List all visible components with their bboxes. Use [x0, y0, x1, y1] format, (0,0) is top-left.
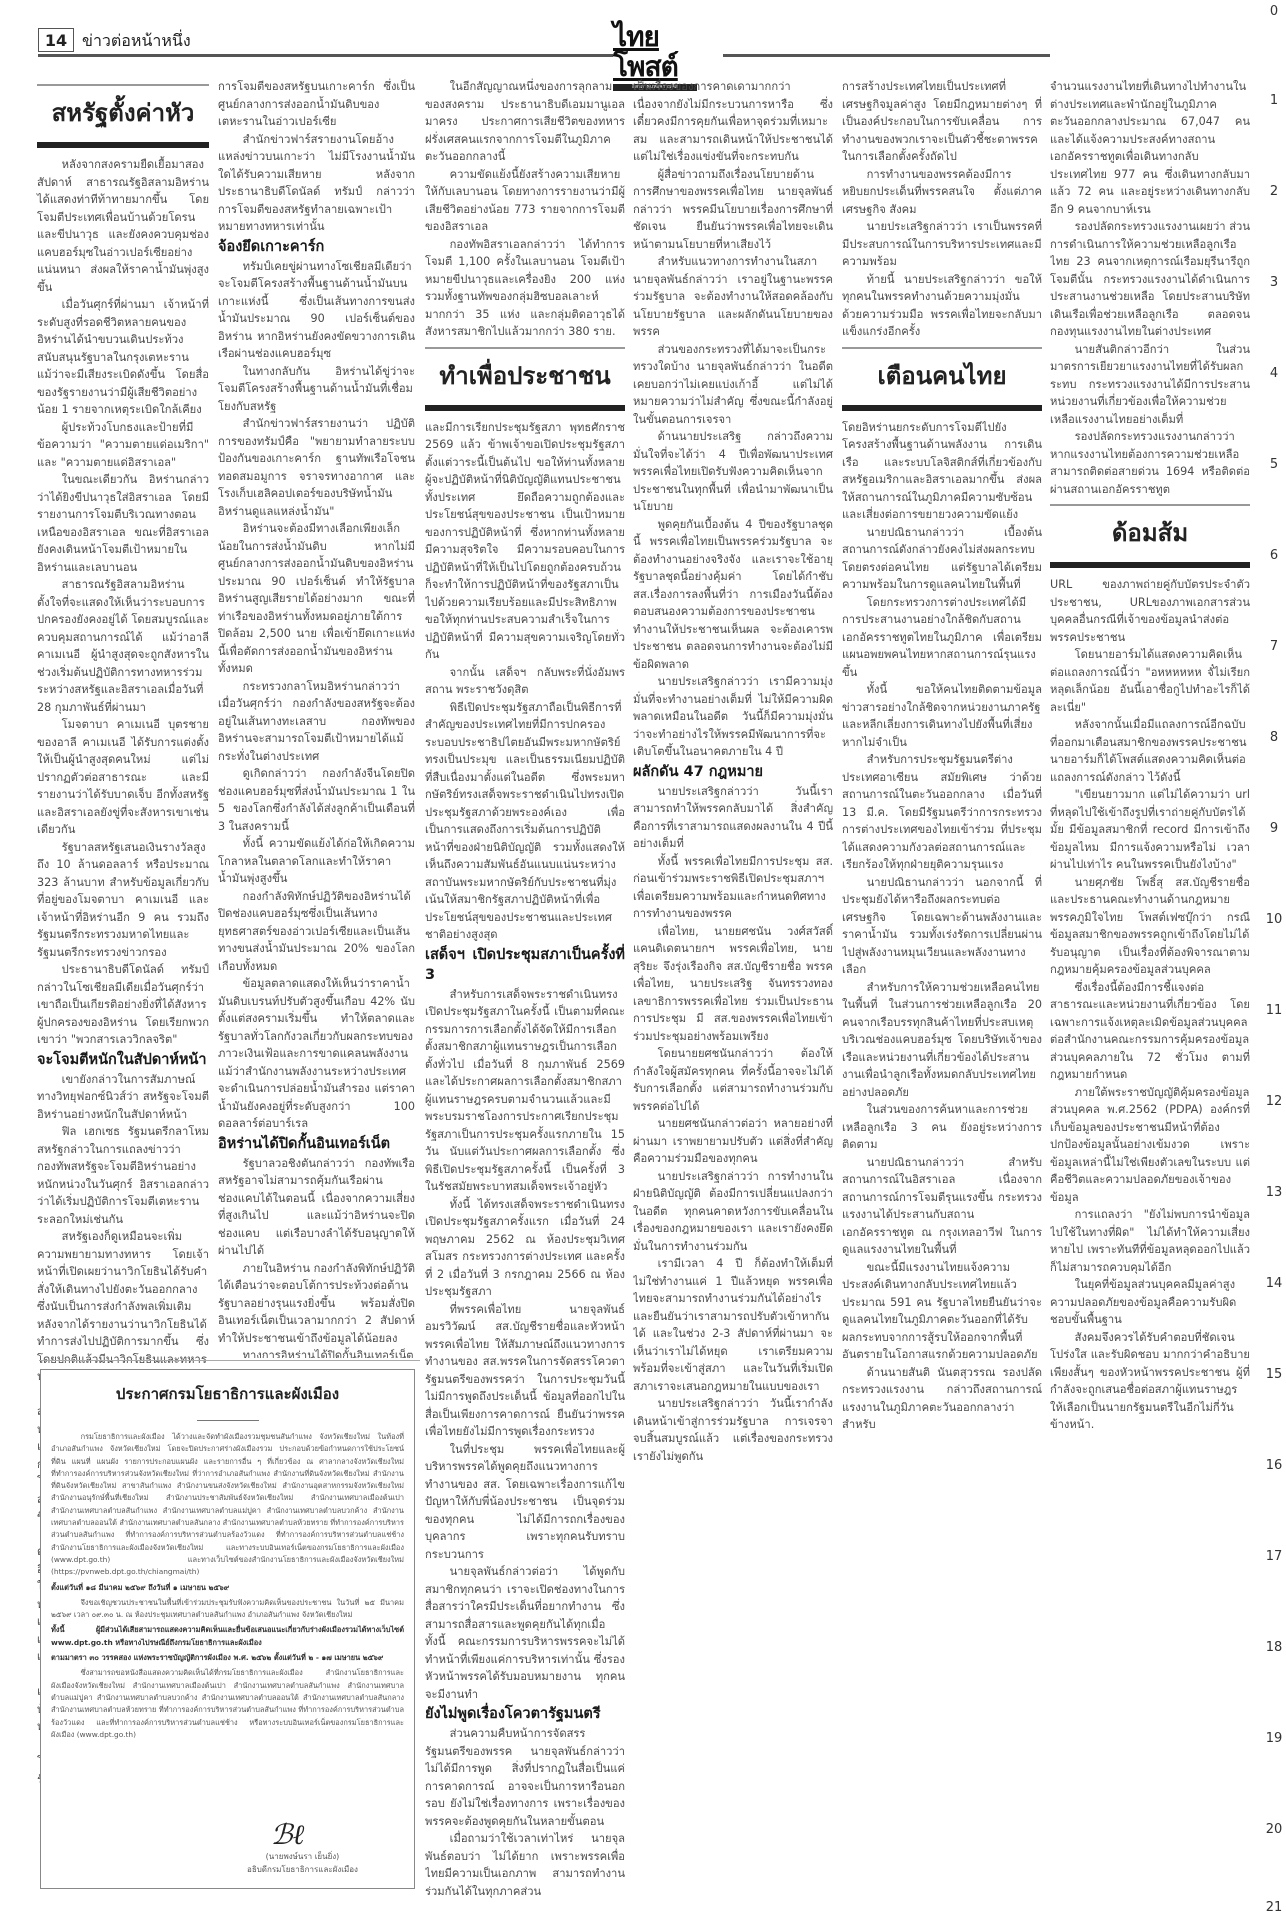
paragraph: นายประเสริฐกล่าวว่า วันนี้เราสามารถทำให้…: [633, 783, 833, 853]
paragraph: นายประเสริฐกล่าวว่า วันนี้เรากำลังเดินหน…: [633, 1395, 833, 1465]
divider: [425, 347, 625, 349]
paragraph: ซึ่งเรื่องนี้ต้องมีการชี้แจงต่อสาธารณะแล…: [1050, 979, 1250, 1084]
paragraph: เป็นเรื่องของการคาดเดามากกว่า เนื่องจากย…: [633, 78, 833, 166]
thaipost-logo: ไทยโพสต์ อิสรภาพแห่งความคิด: [613, 22, 723, 72]
paragraph: กองกำลังพิทักษ์ปฏิวัติของอิหร่านได้ปิดช่…: [218, 888, 415, 976]
line-number: 16: [1262, 1458, 1286, 1473]
paragraph: ทั้งนี้ พรรคเพื่อไทยมีการประชุม สส. ก่อน…: [633, 853, 833, 923]
paragraph: สำหรับการเสด็จพระราชดำเนินทรงเปิดประชุมร…: [425, 986, 625, 1196]
headline-us-bounty: สหรัฐตั้งค่าหัว: [37, 98, 209, 128]
line-number: 14: [1262, 1276, 1286, 1291]
paragraph: ในขณะเดียวกัน อิหร่านกล่าวว่าได้ยิงขีปนา…: [37, 471, 209, 576]
subhead-internet-blocked: อิหร่านได้ปิดกั้นอินเทอร์เน็ต: [218, 1134, 415, 1154]
divider: [37, 84, 209, 86]
line-number: 6: [1262, 548, 1286, 563]
divider: [425, 405, 625, 411]
line-number: 5: [1262, 457, 1286, 472]
paragraph: สำหรับแนวทางการทำงานในสภา นายจุลพันธ์กล่…: [633, 253, 833, 341]
paragraph: นายประเสริฐกล่าวว่า การทำงานในฝ่ายนิติบั…: [633, 1168, 833, 1256]
line-number: 21: [1262, 1900, 1286, 1915]
paragraph: ฟิล เฮกเซธ รัฐมนตรีกลาโหมสหรัฐกล่าวในการ…: [37, 1123, 209, 1228]
paragraph: รัฐบาลวอชิงตันกล่าวว่า กองทัพเรือสหรัฐอา…: [218, 1155, 415, 1260]
paragraph: การแถลงว่า "ยังไม่พบการนำข้อมูลไปใช้ในทา…: [1050, 1206, 1250, 1276]
line-number: 7: [1262, 639, 1286, 654]
line-number: 4: [1262, 366, 1286, 381]
notice-paragraph: กรมโยธาธิการและผังเมือง ได้วางและจัดทำผั…: [51, 1431, 404, 1579]
paragraph: นายประเสริฐกล่าวว่า เราเป็นพรรคที่มีประส…: [842, 218, 1042, 271]
subhead-third-opening: เสด็จฯ เปิดประชุมสภาเป็นครั้งที่ 3: [425, 945, 625, 985]
paragraph: สำหรับการให้ความช่วยเหลือคนไทยในพื้นที่ …: [842, 979, 1042, 1102]
divider: [842, 347, 1042, 349]
headline-for-people: ทำเพื่อประชาชน: [425, 361, 625, 391]
column-2: การโจมตีของสหรัฐบนเกาะคาร์ก ซึ่งเป็นศูนย…: [218, 78, 415, 1358]
paragraph: ที่พรรคเพื่อไทย นายจุลพันธ์ อมรวิวัฒน์ ส…: [425, 1301, 625, 1441]
notice-paragraph: ทั้งนี้ ผู้มีส่วนได้เสียสามารถแสดงความคิ…: [51, 1624, 404, 1649]
headline-box-warn-thai: เตือนคนไทย: [842, 341, 1042, 419]
paragraph: โดยอิหร่านยกระดับการโจมตีไปยังโครงสร้างพ…: [842, 419, 1042, 524]
line-number: 15: [1262, 1367, 1286, 1382]
paragraph: ทรัมป์เคยขู่ผ่านทางโซเชียลมีเดียว่าจะโจม…: [218, 258, 415, 363]
headline-box-for-people: ทำเพื่อประชาชน: [425, 341, 625, 419]
divider: [842, 405, 1042, 411]
paragraph: โมจตาบา คาเมเนอี บุตรชายของอาลี คาเมเนอี…: [37, 716, 209, 839]
paragraph: ดูเกิดกล่าวว่า กองกำลังจีนโดยปิดช่องแคบฮ…: [218, 765, 415, 835]
section-name: ข่าวต่อหน้าหนึ่ง: [82, 29, 191, 54]
divider: [1050, 562, 1250, 568]
line-number: 1: [1262, 93, 1286, 108]
masthead: 14 ข่าวต่อหน้าหนึ่ง: [38, 28, 1050, 62]
paragraph: นายปณิธานกล่าวว่า นอกจากนี้ ที่ประชุมยัง…: [842, 874, 1042, 979]
paragraph: ข้อมูลตลาดแสดงให้เห็นว่าราคาน้ำมันดิบเบร…: [218, 975, 415, 1133]
signer-title: อธิบดีกรมโยธาธิการและผังเมือง: [191, 1863, 414, 1876]
paragraph: การโจมตีของสหรัฐบนเกาะคาร์ก ซึ่งเป็นศูนย…: [218, 78, 415, 131]
notice-legal-reference: ตามมาตรา ๓๐ วรรคสอง แห่งพระราชบัญญัติการ…: [51, 1652, 404, 1664]
paragraph: พิธีเปิดประชุมรัฐสภาถือเป็นพิธีการที่สำค…: [425, 699, 625, 944]
paragraph: ทั้งนี้ ความขัดแย้งได้ก่อให้เกิดความโกลา…: [218, 835, 415, 888]
paragraph: นายจุลพันธ์กล่าวต่อว่า ได้พูดกับสมาชิกทุ…: [425, 1563, 625, 1703]
paragraph: ส่วนของกระทรวงที่ได้มาจะเป็นกระทรวงใดบ้า…: [633, 341, 833, 429]
paragraph: "เขียนยาวมาก แต่ไม่ได้ความว่า url ที่หลุ…: [1050, 786, 1250, 874]
notice-body: กรมโยธาธิการและผังเมือง ได้วางและจัดทำผั…: [41, 1431, 414, 1741]
paragraph: รองปลัดกระทรวงแรงงานกล่าวว่า หากแรงงานไท…: [1050, 428, 1250, 498]
divider: [37, 142, 209, 148]
paragraph: นายประเสริฐกล่าวว่า เรามีความมุ่งมั่นที่…: [633, 673, 833, 761]
headline-orange-fans: ด้อมส้ม: [1050, 518, 1250, 548]
paragraph: รัฐบาลสหรัฐเสนอเงินรางวัลสูงถึง 10 ล้านด…: [37, 839, 209, 962]
notice-title: ประกาศกรมโยธาธิการและผังเมือง: [41, 1382, 414, 1406]
paragraph: นายปณิธานกล่าวว่า เบื้องต้นสถานการณ์ดังก…: [842, 524, 1042, 594]
column-5: การสร้างประเทศไทยเป็นประเทศที่เศรษฐกิจมู…: [842, 78, 1042, 1918]
column-6: จำนวนแรงงานไทยที่เดินทางไปทำงานในต่างประ…: [1050, 78, 1250, 1918]
paragraph: ทางการอิหร่านได้ปิดกั้นอินเทอร์เน็ตนับตั…: [218, 1347, 415, 1358]
paragraph: นายปณิธานกล่าวว่า สำหรับสถานการณ์ในอิสรา…: [842, 1154, 1042, 1259]
paragraph: โดยนายอาร์มได้แสดงความคิดเห็นต่อแถลงการณ…: [1050, 646, 1250, 716]
subhead-kharg-island: จ้องยึดเกาะคาร์ก: [218, 237, 415, 257]
line-number: 0: [1262, 4, 1286, 19]
paragraph: ทั้งนี้ ขอให้คนไทยติดตามข้อมูลข่าวสารอย่…: [842, 681, 1042, 751]
paragraph: สังคมจึงควรได้รับคำตอบที่ชัดเจน โปร่งใส …: [1050, 1329, 1250, 1434]
paragraph: รองปลัดกระทรวงแรงงานเผยว่า ส่วนการดำเนิน…: [1050, 218, 1250, 341]
line-number: 18: [1262, 1640, 1286, 1655]
line-number: 2: [1262, 184, 1286, 199]
headline-box-us-bounty: สหรัฐตั้งค่าหัว: [37, 78, 209, 156]
paragraph: ด้านนายสันติ นันตสุวรรณ รองปลัดกระทรวงแร…: [842, 1364, 1042, 1434]
paragraph: ในส่วนของการค้นหาและการช่วยเหลือลูกเรือ …: [842, 1101, 1042, 1154]
paragraph: ทั้งนี้ ได้ทรงเสด็จพระราชดำเนินทรงเปิดปร…: [425, 1196, 625, 1301]
line-number: 3: [1262, 275, 1286, 290]
line-number: 9: [1262, 821, 1286, 836]
paragraph: จำนวนแรงงานไทยที่เดินทางไปทำงานในต่างประ…: [1050, 78, 1250, 218]
line-number-gutter: 0 1 2 3 4 5 6 7 8 9 10 11 12 13 14 15 16…: [1262, 0, 1286, 1920]
paragraph: สำนักข่าวฟาร์สรายงานโดยอ้างแหล่งข่าวบนเก…: [218, 131, 415, 236]
signer-name: (นายพงษ์นรา เย็นยิ่ง): [191, 1850, 414, 1863]
paragraph: โดยนายยศชนันกล่าวว่า ต้องให้กำลังใจผู้สม…: [633, 1045, 833, 1115]
paragraph: กระทรวงกลาโหมอิหร่านกล่าวว่า เมื่อวันศุก…: [218, 678, 415, 766]
paragraph: กองทัพอิสราเอลกล่าวว่า ได้ทำการโจมตี 1,1…: [425, 236, 625, 341]
paragraph: นายสันติกล่าวอีกว่า ในส่วนมาตรการเยียวยา…: [1050, 341, 1250, 429]
paragraph: และมีการเรียกประชุมรัฐสภา พุทธศักราช 256…: [425, 419, 625, 664]
paragraph: ในอีกสัญญาณหนึ่งของการลุกลามของสงคราม ปร…: [425, 78, 625, 166]
column-4: เป็นเรื่องของการคาดเดามากกว่า เนื่องจากย…: [633, 78, 833, 1918]
subhead-47-laws: ผลักดัน 47 กฎหมาย: [633, 762, 833, 782]
government-notice-ad: ประกาศกรมโยธาธิการและผังเมือง กรมโยธาธิก…: [40, 1369, 415, 1889]
newspaper-page: 14 ข่าวต่อหน้าหนึ่ง ไทยโพสต์ อิสรภาพแห่ง…: [0, 0, 1286, 1920]
line-number: 19: [1262, 1731, 1286, 1746]
paragraph: ด้านนายประเสริฐ กล่าวถึงความมั่นใจที่จะไ…: [633, 428, 833, 516]
paragraph: พูดคุยกันเบื้องต้น 4 ปีของรัฐบาลชุดนี้ พ…: [633, 516, 833, 674]
paragraph: ในยุคที่ข้อมูลส่วนบุคคลมีมูลค่าสูง ความป…: [1050, 1276, 1250, 1329]
subhead-cabinet-quota: ยังไม่พูดเรื่องโควตารัฐมนตรี: [425, 1704, 625, 1724]
paragraph: การทำงานของพรรคต้องมีการหยิบยกประเด็นที่…: [842, 166, 1042, 219]
line-number: 8: [1262, 730, 1286, 745]
paragraph: ความขัดแย้งนี้ยังสร้างความเสียหายให้กับเ…: [425, 166, 625, 236]
notice-paragraph: จึงขอเชิญชวนประชาชนในพื้นที่เข้าร่วมประช…: [51, 1597, 404, 1622]
headline-box-orange-fans: ด้อมส้ม: [1050, 498, 1250, 576]
line-number: 13: [1262, 1185, 1286, 1200]
paragraph: ผู้ประท้วงโบกธงและป้ายที่มีข้อความว่า "ค…: [37, 419, 209, 472]
paragraph: ขณะนี้มีแรงงานไทยแจ้งความประสงค์เดินทางก…: [842, 1259, 1042, 1364]
subhead-weekly-strike: จะโจมตีหนักในสัปดาห์หน้า: [37, 1050, 209, 1070]
paragraph: เรามีเวลา 4 ปี ก็ต้องทำให้เต็มที่ ไม่ใช่…: [633, 1255, 833, 1395]
logo-text: ไทยโพสต์: [613, 22, 723, 82]
paragraph: เขายังกล่าวในการสัมภาษณ์ทางวิทยุฟอกซ์นิว…: [37, 1071, 209, 1124]
paragraph: ภายในอิหร่าน กองกำลังพิทักษ์ปฏิวัติได้เต…: [218, 1260, 415, 1348]
line-number: 10: [1262, 912, 1286, 927]
paragraph: ภายใต้พระราชบัญญัติคุ้มครองข้อมูลส่วนบุค…: [1050, 1084, 1250, 1207]
notice-signature-block: ℬℓ (นายพงษ์นรา เย็นยิ่ง) อธิบดีกรมโยธาธิ…: [41, 1820, 414, 1876]
page-number: 14: [38, 28, 74, 52]
line-number: 12: [1262, 1094, 1286, 1109]
headline-warn-thai: เตือนคนไทย: [842, 361, 1042, 391]
paragraph: นายศุภชัย โพธิ์สุ สส.บัญชีรายชื่อ และประ…: [1050, 874, 1250, 979]
paragraph: หลังจากสงครามยืดเยื้อมาสองสัปดาห์ สาธารณ…: [37, 156, 209, 296]
notice-date-range: ตั้งแต่วันที่ ๑๘ มีนาคม ๒๕๖๙ ถึงวันที่ ๑…: [51, 1582, 404, 1594]
line-number: 17: [1262, 1549, 1286, 1564]
divider: [1050, 504, 1250, 506]
paragraph: เมื่อถามว่าใช้เวลาเท่าไหร่ นายจุลพันธ์ตอ…: [425, 1830, 625, 1900]
paragraph: หลังจากนั้นเมื่อมีแถลงการณ์อีกฉบับที่ออก…: [1050, 716, 1250, 786]
notice-paragraph: ซึ่งสามารถขอหนังสือแสดงความคิดเห็นได้ที่…: [51, 1667, 404, 1741]
paragraph: เพื่อไทย, นายยศชนัน วงศ์สวัสดิ์ แคนดิเดต…: [633, 923, 833, 1046]
paragraph: นายยศชนันกล่าวต่อว่า หลายอย่างที่ผ่านมา …: [633, 1115, 833, 1168]
line-number: 20: [1262, 1822, 1286, 1837]
paragraph: สำนักข่าวฟาร์สรายงานว่า ปฏิบัติการของทรั…: [218, 415, 415, 520]
paragraph: URL ของภาพถ่ายคู่กับบัตรประจำตัวประชาชน,…: [1050, 576, 1250, 646]
paragraph: โดยกระทรวงการต่างประเทศได้มีการประสานงาน…: [842, 594, 1042, 682]
paragraph: อิหร่านจะต้องมีทางเลือกเพียงเล็กน้อยในกา…: [218, 520, 415, 678]
paragraph: สหรัฐเองก็ดูเหมือนจะเพิ่มความพยายามทางทห…: [37, 1228, 209, 1386]
paragraph: ประธานาธิบดีโดนัลด์ ทรัมป์ กล่าวในโซเชีย…: [37, 961, 209, 1049]
paragraph: ผู้สื่อข่าวถามถึงเรื่องนโยบายด้านการศึกษ…: [633, 166, 833, 254]
column-3: ในอีกสัญญาณหนึ่งของการลุกลามของสงคราม ปร…: [425, 78, 625, 1918]
header-rule: [38, 54, 1050, 57]
paragraph: ส่วนความคืบหน้าการจัดสรรรัฐมนตรีของพรรค …: [425, 1725, 625, 1830]
paragraph: จากนั้น เสด็จฯ กลับพระที่นั่งอัมพรสถาน พ…: [425, 664, 625, 699]
divider: [39, 1360, 420, 1361]
signature: ℬℓ: [161, 1820, 414, 1850]
paragraph: สาธารณรัฐอิสลามอิหร่านตั้งใจที่จะแสดงให้…: [37, 576, 209, 716]
paragraph: ท้ายนี้ นายประเสริฐกล่าวว่า ขอให้ทุกคนใน…: [842, 271, 1042, 341]
line-number: 11: [1262, 1003, 1286, 1018]
paragraph: ในที่ประชุม พรรคเพื่อไทยและผู้บริหารพรรค…: [425, 1441, 625, 1564]
paragraph: เมื่อวันศุกร์ที่ผ่านมา เจ้าหน้าที่ระดับส…: [37, 296, 209, 419]
paragraph: ในทางกลับกัน อิหร่านได้ขู่ว่าจะโจมตีโครง…: [218, 363, 415, 416]
paragraph: การสร้างประเทศไทยเป็นประเทศที่เศรษฐกิจมู…: [842, 78, 1042, 166]
paragraph: สำหรับการประชุมรัฐมนตรีต่างประเทศอาเซียน…: [842, 751, 1042, 874]
divider: [197, 1420, 259, 1421]
